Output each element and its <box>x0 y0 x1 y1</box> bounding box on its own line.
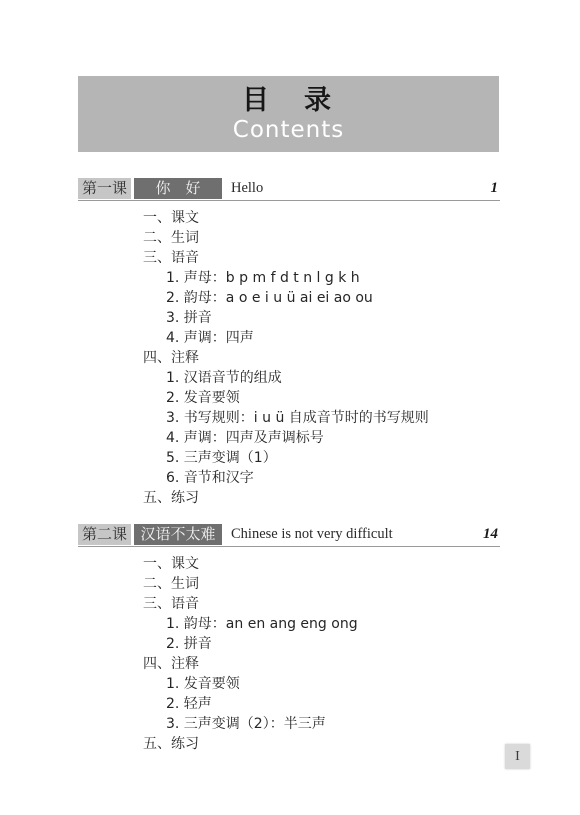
toc-item: 2. 韵母：a o e i u ü ai ei ao ou <box>78 288 500 308</box>
toc-item: 二、生词 <box>78 574 500 594</box>
lesson-2-section: 第二课 汉语不太难 Chinese is not very difficult … <box>78 524 500 754</box>
toc-item: 四、注释 <box>78 348 500 368</box>
toc-item: 3. 拼音 <box>78 308 500 328</box>
toc-item: 4. 声调：四声 <box>78 328 500 348</box>
lesson-2-header: 第二课 汉语不太难 Chinese is not very difficult … <box>78 524 500 547</box>
lesson-2-page-number: 14 <box>483 524 500 545</box>
toc-item: 4. 声调：四声及声调标号 <box>78 428 500 448</box>
lesson-1-section: 第一课 你 好 Hello 1 一、课文二、生词三、语音1. 声母：b p m … <box>78 178 500 508</box>
toc-item: 3. 书写规则：i u ü 自成音节时的书写规则 <box>78 408 500 428</box>
lesson-2-title-chinese-chip: 汉语不太难 <box>134 524 222 545</box>
toc-item: 2. 拼音 <box>78 634 500 654</box>
contents-banner: 目 录 Contents <box>78 76 499 152</box>
toc-item: 一、课文 <box>78 208 500 228</box>
toc-item: 二、生词 <box>78 228 500 248</box>
toc-item: 1. 发音要领 <box>78 674 500 694</box>
lesson-1-title-chinese-chip: 你 好 <box>134 178 222 199</box>
contents-title-english: Contents <box>78 117 499 145</box>
toc-item: 1. 韵母：an en ang eng ong <box>78 614 500 634</box>
lesson-2-title-english: Chinese is not very difficult <box>231 524 393 545</box>
toc-item: 1. 汉语音节的组成 <box>78 368 500 388</box>
page-number-roman: I <box>515 749 520 764</box>
toc-item: 2. 轻声 <box>78 694 500 714</box>
toc-item: 三、语音 <box>78 594 500 614</box>
toc-item: 三、语音 <box>78 248 500 268</box>
lesson-1-label-chip: 第一课 <box>78 178 131 199</box>
toc-item: 5. 三声变调（1） <box>78 448 500 468</box>
lesson-1-title-english: Hello <box>231 178 263 199</box>
toc-item: 五、练习 <box>78 488 500 508</box>
toc-item: 五、练习 <box>78 734 500 754</box>
toc-item: 6. 音节和汉字 <box>78 468 500 488</box>
lesson-2-label-chip: 第二课 <box>78 524 131 545</box>
lesson-1-items: 一、课文二、生词三、语音1. 声母：b p m f d t n l g k h2… <box>78 208 500 508</box>
lesson-1-page-number: 1 <box>491 178 501 199</box>
lesson-1-header: 第一课 你 好 Hello 1 <box>78 178 500 201</box>
toc-item: 一、课文 <box>78 554 500 574</box>
toc-item: 1. 声母：b p m f d t n l g k h <box>78 268 500 288</box>
page-number-tab: I <box>505 744 530 769</box>
lesson-2-items: 一、课文二、生词三、语音1. 韵母：an en ang eng ong2. 拼音… <box>78 554 500 754</box>
toc-page: 目 录 Contents 第一课 你 好 Hello 1 一、课文二、生词三、语… <box>0 0 580 815</box>
toc-item: 3. 三声变调（2）：半三声 <box>78 714 500 734</box>
contents-title-chinese: 目 录 <box>78 76 499 117</box>
toc-item: 2. 发音要领 <box>78 388 500 408</box>
toc-item: 四、注释 <box>78 654 500 674</box>
